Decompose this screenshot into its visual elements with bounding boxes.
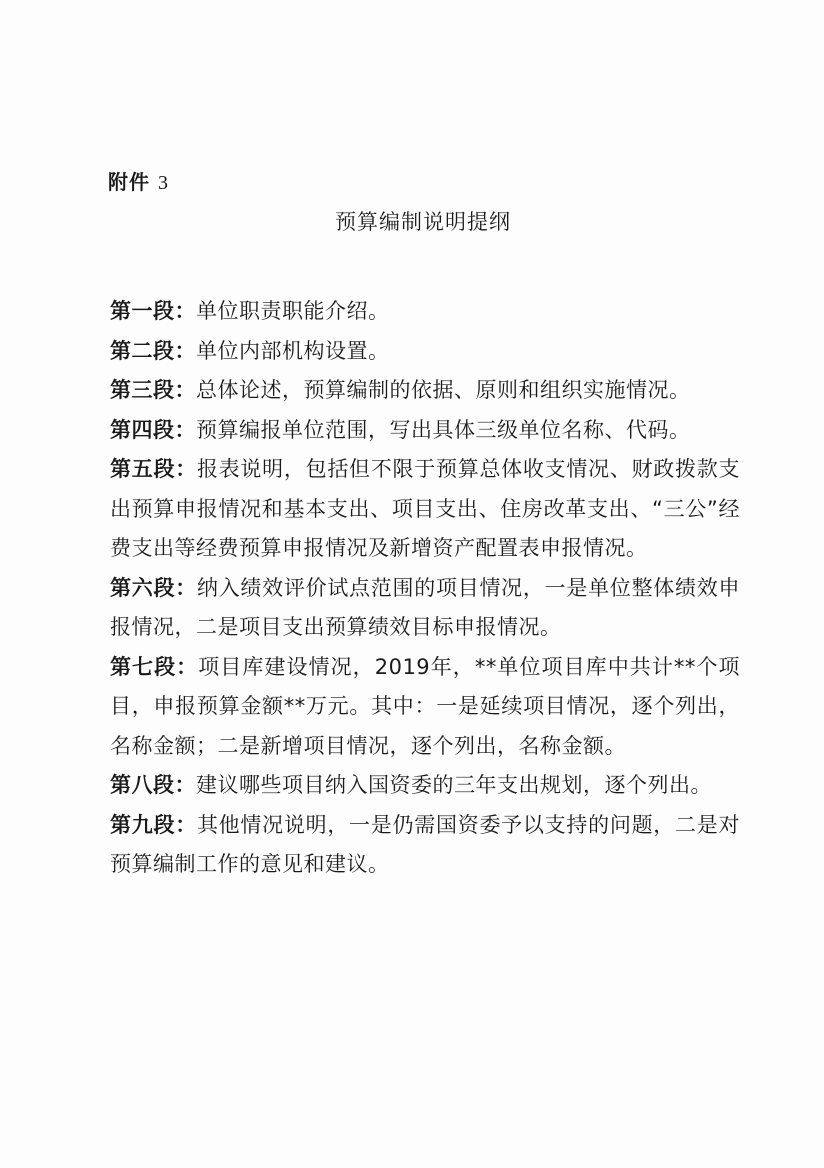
paragraph-text: 单位职责职能介绍。: [196, 299, 390, 323]
paragraph-label: 第三段：: [110, 378, 196, 402]
attachment-label: 附件 3: [108, 166, 169, 195]
paragraph-text: 纳入绩效评价试点范围的项目情况，一是单位整体绩效申报情况，二是项目支出预算绩效目…: [110, 576, 740, 640]
paragraph-text: 建议哪些项目纳入国资委的三年支出规划，逐个列出。: [196, 773, 712, 797]
attachment-number: 3: [158, 172, 169, 194]
paragraph-text: 报表说明，包括但不限于预算总体收支情况、财政拨款支出预算申报情况和基本支出、项目…: [110, 457, 740, 560]
paragraph-label: 第二段：: [110, 339, 196, 363]
paragraph-7: 第七段：项目库建设情况，2019年，**单位项目库中共计**个项目，申报预算金额…: [110, 648, 740, 767]
paragraph-label: 第四段：: [110, 418, 196, 442]
paragraph-label: 第六段：: [110, 576, 197, 600]
paragraph-9: 第九段：其他情况说明，一是仍需国资委予以支持的问题，二是对预算编制工作的意见和建…: [110, 806, 740, 885]
paragraph-label: 第九段：: [110, 813, 197, 837]
paragraph-8: 第八段：建议哪些项目纳入国资委的三年支出规划，逐个列出。: [110, 766, 740, 806]
paragraph-text: 预算编报单位范围，写出具体三级单位名称、代码。: [196, 418, 691, 442]
document-title: 预算编制说明提纲: [0, 206, 824, 236]
paragraph-text: 单位内部机构设置。: [196, 339, 390, 363]
paragraph-5: 第五段：报表说明，包括但不限于预算总体收支情况、财政拨款支出预算申报情况和基本支…: [110, 450, 740, 569]
attachment-text: 附件: [108, 170, 150, 194]
paragraph-label: 第八段：: [110, 773, 196, 797]
paragraph-text: 项目库建设情况，2019年，**单位项目库中共计**个项目，申报预算金额**万元…: [110, 655, 740, 758]
document-body: 第一段：单位职责职能介绍。 第二段：单位内部机构设置。 第三段：总体论述，预算编…: [110, 292, 740, 885]
paragraph-4: 第四段：预算编报单位范围，写出具体三级单位名称、代码。: [110, 411, 740, 451]
paragraph-3: 第三段：总体论述，预算编制的依据、原则和组织实施情况。: [110, 371, 740, 411]
paragraph-label: 第五段：: [110, 457, 197, 481]
paragraph-text: 总体论述，预算编制的依据、原则和组织实施情况。: [196, 378, 691, 402]
paragraph-1: 第一段：单位职责职能介绍。: [110, 292, 740, 332]
paragraph-6: 第六段：纳入绩效评价试点范围的项目情况，一是单位整体绩效申报情况，二是项目支出预…: [110, 569, 740, 648]
paragraph-text: 其他情况说明，一是仍需国资委予以支持的问题，二是对预算编制工作的意见和建议。: [110, 813, 740, 877]
paragraph-label: 第一段：: [110, 299, 196, 323]
paragraph-2: 第二段：单位内部机构设置。: [110, 332, 740, 372]
paragraph-label: 第七段：: [110, 655, 198, 679]
